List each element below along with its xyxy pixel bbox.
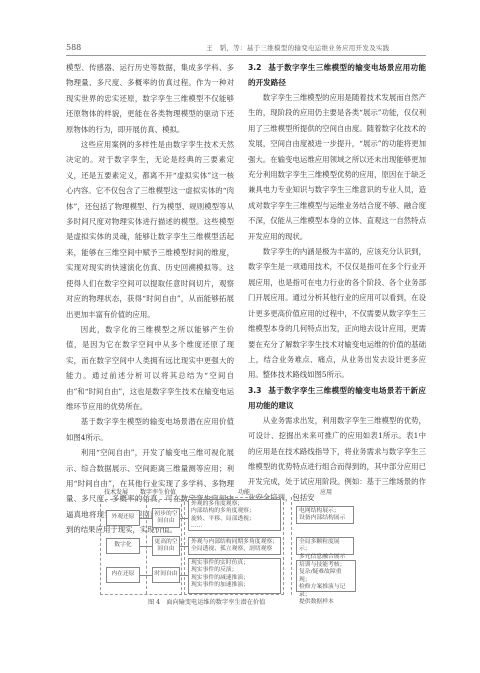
connector <box>180 575 188 576</box>
tech-node: 外观还原 <box>106 510 140 526</box>
paragraph: 数字孪生的内涵是极为丰富的，应该充分认识到，数字孪生是一项通用技术，不仅仅是指可… <box>248 244 426 383</box>
connector <box>140 518 152 519</box>
application-item: 复杂/疑难故障重现； <box>299 569 353 584</box>
section-heading-3-2: 3.2基于数字孪生三维模型的输变电场景应用功能的开发路径 <box>248 60 426 90</box>
value-node: 更高的空间自由 <box>152 536 180 556</box>
function-node: 外观的多角度观察； 内部结构的多角度观察； 旋转、平移、局部透视； …… <box>188 499 281 531</box>
application-item: 全局多颗粒度展示； <box>299 539 351 554</box>
section-title: 基于数字孪生三维模型的输变电场景若干新应用功能的建议 <box>248 386 426 410</box>
value-node: 初步的空间自由 <box>152 508 180 528</box>
function-item: 旋转、平移、局部透视； <box>191 516 278 523</box>
right-column: 3.2基于数字孪生三维模型的输变电场景应用功能的开发路径 数字孪生三维模型的应用… <box>248 60 426 505</box>
function-item: 全局透视、孤立观察、剖切观察 <box>191 546 278 553</box>
page-number: 588 <box>66 43 81 52</box>
paragraph: 模型、传感器、运行历史等数据，集成多学科、多物理量、多尺度、多概率的仿真过程。作… <box>66 60 234 137</box>
column-header-function: 功能 <box>238 489 250 496</box>
connector <box>180 546 188 547</box>
function-item: 现实事件的反演； <box>191 567 278 574</box>
section-title: 基于数字孪生三维模型的输变电场景应用功能的开发路径 <box>248 63 426 87</box>
function-node: 现实事件的实时仿真； 现实事件的反演； 现实事件的减速推演； 现实事件的加速推演… <box>188 558 281 594</box>
function-node: 外观与内部结构同期多角度观察； 全局透视、孤立观察、剖切观察 <box>188 537 281 555</box>
function-item: …… <box>191 523 278 530</box>
application-node: 全局多颗粒度展示； 多元信息融合展示 <box>296 537 354 555</box>
section-number: 3.3 <box>248 383 268 398</box>
application-item: 设备内部结构展示 <box>299 515 351 522</box>
section-heading-3-3: 3.3基于数字孪生三维模型的输变电场景若干新应用功能的建议 <box>248 383 426 413</box>
paragraph: 因此，数字化的三维模型之所以能够产生价值，是因为它在数字空间中从多个维度还原了现… <box>66 322 234 414</box>
running-title: 王 韬，等：基于三维模型的输变电运维业务应用开发及实践 <box>206 43 390 52</box>
application-node: 电网结构展示； 设备内部结构展示 <box>296 506 354 524</box>
connector <box>180 518 188 519</box>
value-node: 时间自由 <box>152 567 180 583</box>
connector <box>140 575 152 576</box>
function-item: 现实事件的加速推演； <box>191 582 278 589</box>
figure-caption: 图 4 面向输变电运维的数字孪生潜在价值 <box>148 597 265 606</box>
paragraph: 基于数字孪生模型的输变电场景潜在应用价值如图4所示。 <box>66 414 234 445</box>
application-item: 检修方案推演与记录； <box>299 584 353 599</box>
application-node: 培训与技能考核； 复杂/疑难故障重现； 检修方案推演与记录； 提供数据样本 <box>296 560 356 592</box>
connector <box>140 546 152 547</box>
divider <box>146 500 147 594</box>
application-item: 提供数据样本 <box>299 599 353 606</box>
column-header-application: 应用 <box>320 489 332 496</box>
header-rule <box>66 55 426 56</box>
column-header-tech: 技术发展 <box>104 489 128 496</box>
tech-node: 数字化 <box>106 538 140 554</box>
figure-4-diagram: 技术发展 数字孪生价值 功能 应用 外观还原 数字化 内在还原 初步的空间自由 … <box>98 496 388 596</box>
divider <box>291 497 292 595</box>
function-item: 内部结构的多角度观察； <box>191 508 278 515</box>
paragraph: 这些应用案例的多样性是由数字孪生技术天然决定的。对于数字孪生，无论是经典的三要素… <box>66 137 234 322</box>
tech-node: 内在还原 <box>106 567 140 583</box>
left-column: 模型、传感器、运行历史等数据，集成多学科、多物理量、多尺度、多概率的仿真过程。作… <box>66 60 234 538</box>
paragraph: 从业务需求出发，利用数字孪生三维模型的优势，可设计、挖掘出未来可推广的应用如表1… <box>248 413 426 505</box>
section-number: 3.2 <box>248 60 268 75</box>
paragraph: 数字孪生三维模型的应用是随着技术发展而自然产生的，现阶段的应用仍主要是各类“展示… <box>248 90 426 244</box>
column-header-value: 数字孪生价值 <box>140 489 176 496</box>
